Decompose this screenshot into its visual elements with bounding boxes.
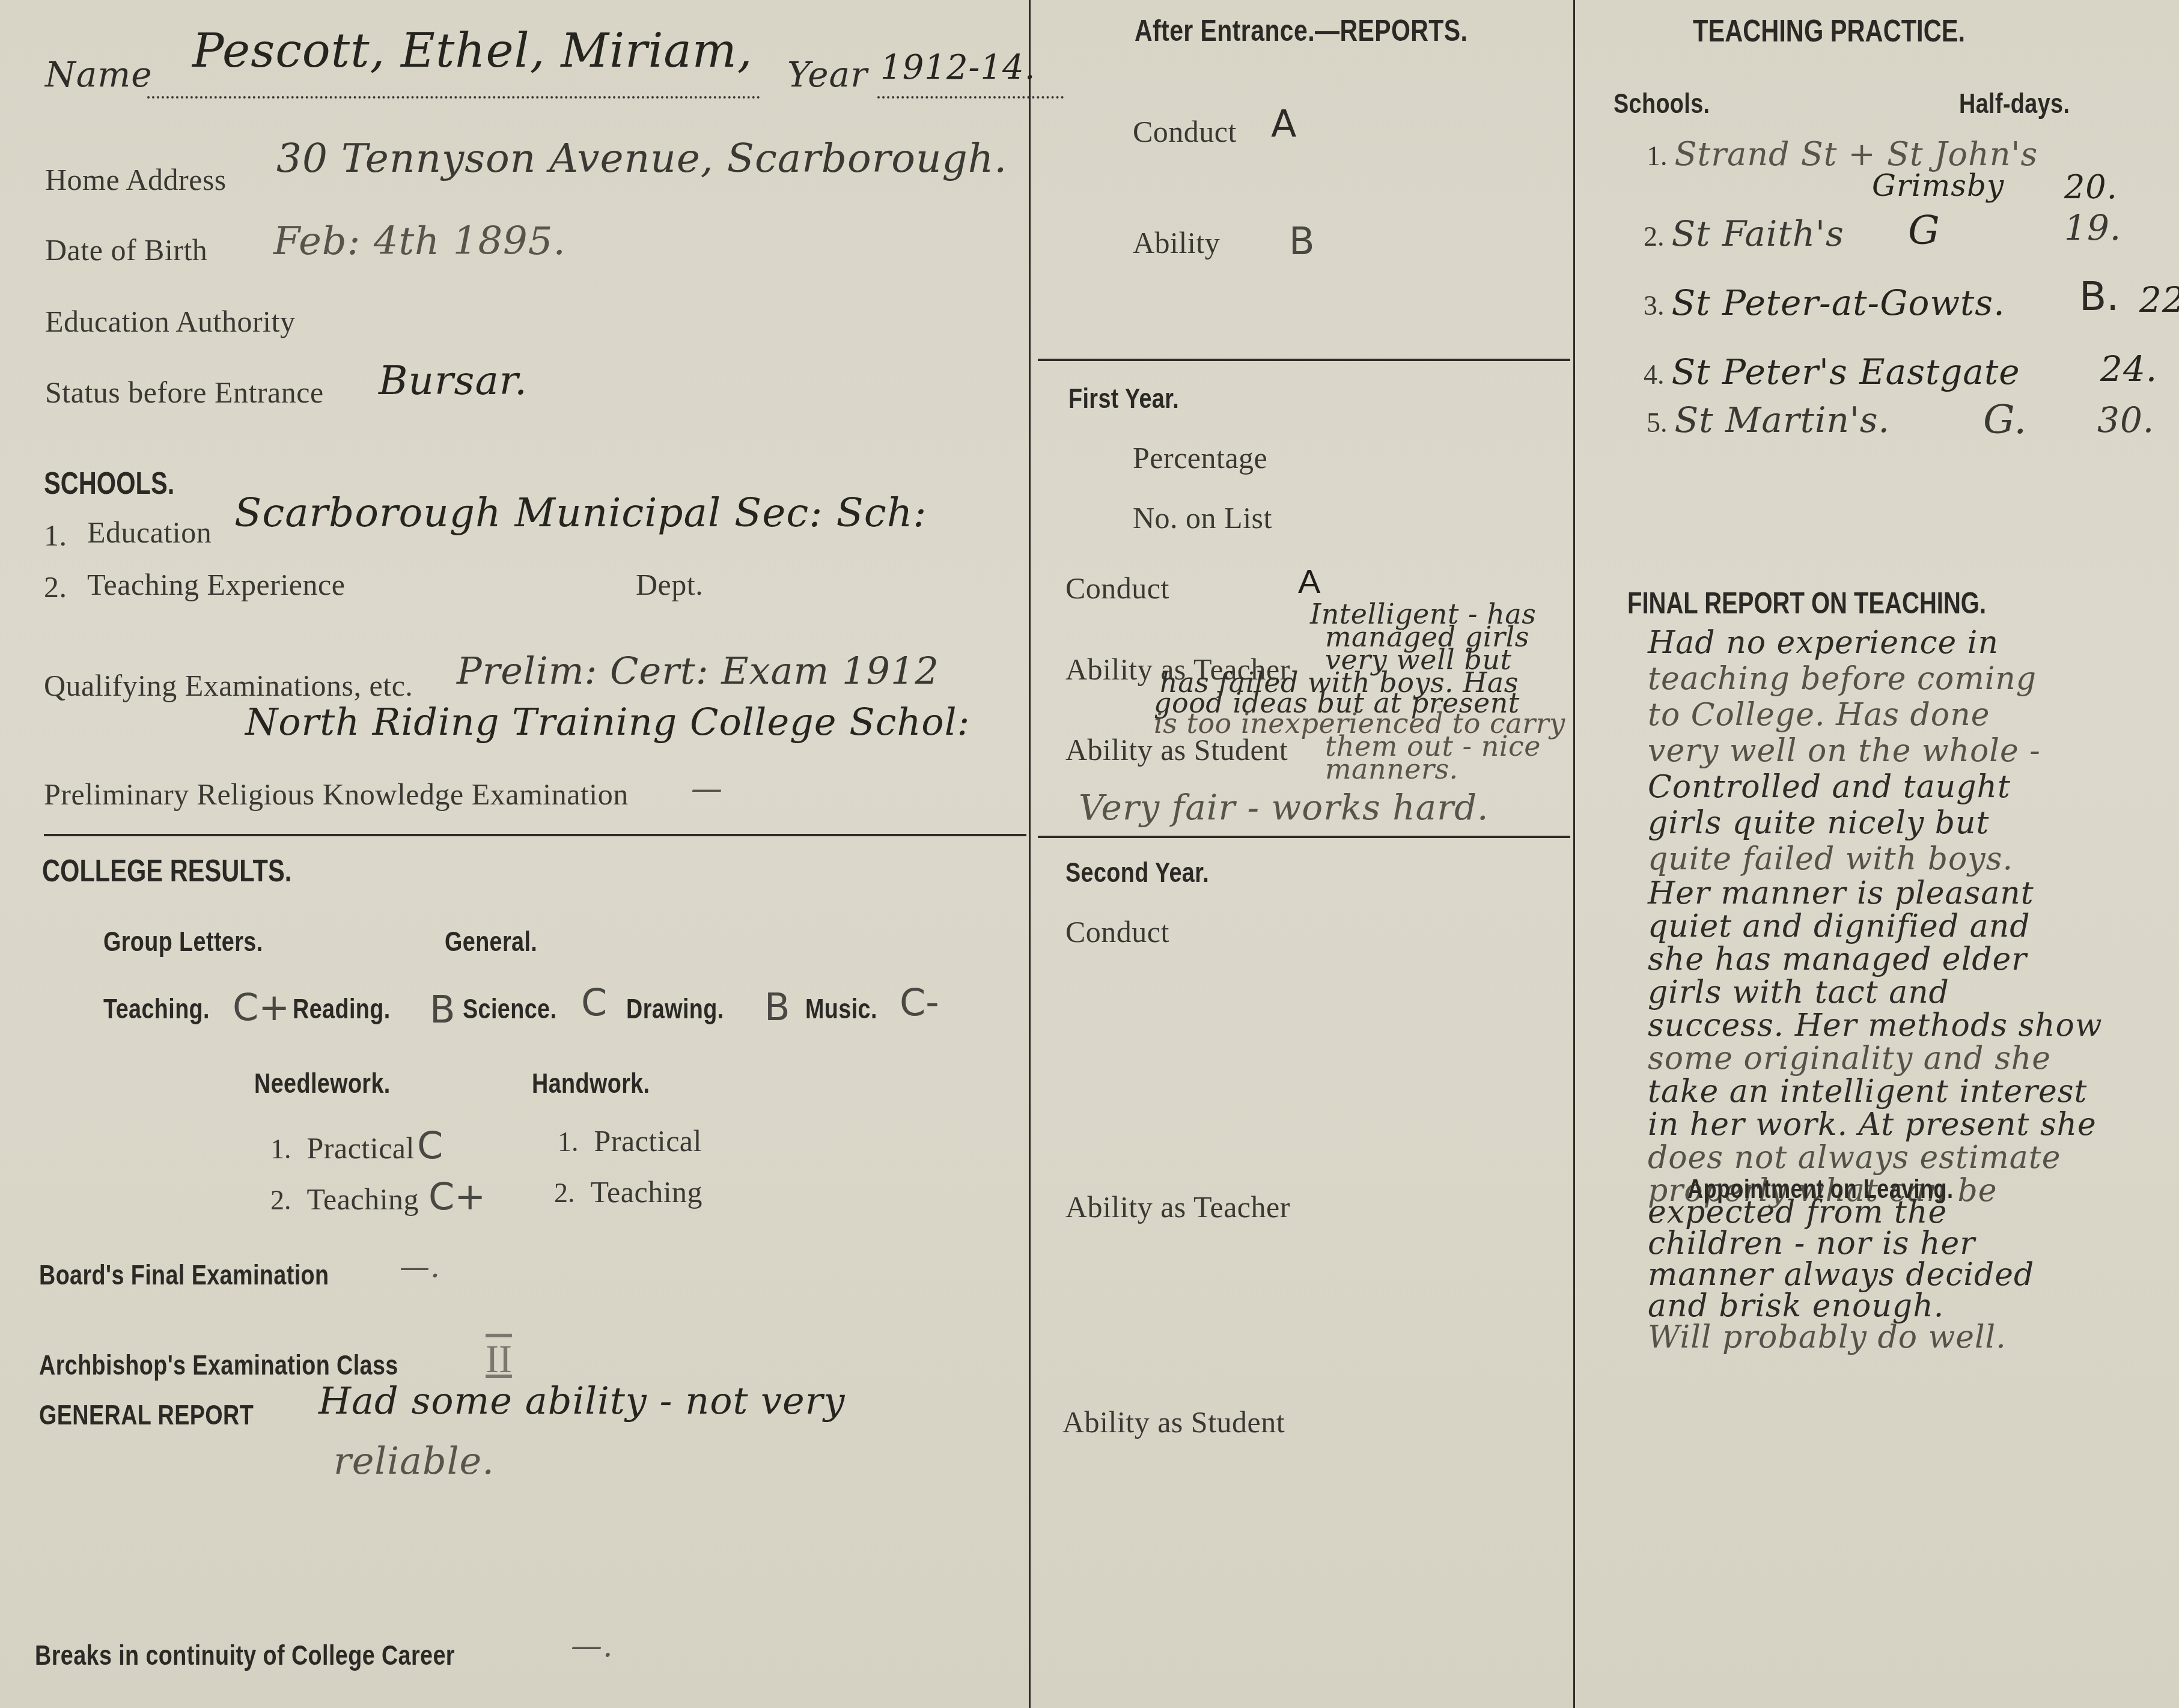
practice-entry-5: 5. St Martin's. (1647, 400, 1890, 440)
entrance-conduct-value: A (1271, 102, 1296, 146)
subject-reading-label: Reading. (293, 992, 391, 1025)
report-line: Her manner is pleasant (1648, 877, 2177, 910)
general-report-line2: reliable. (334, 1439, 495, 1483)
college-results-heading: COLLEGE RESULTS. (42, 853, 291, 889)
entry-num: 4. (1644, 359, 1665, 390)
handwork-practical-label: Practical (594, 1124, 702, 1158)
subject-teaching-label: Teaching. (103, 992, 210, 1025)
comment-line: manners. (1325, 758, 1580, 780)
schools-teaching-exp-label: Teaching Experience (87, 567, 345, 602)
second-year-heading: Second Year. (1065, 856, 1209, 889)
column-divider-right (1573, 0, 1575, 1708)
report-line: to College. Has done (1648, 697, 2177, 733)
name-value: Pescott, Ethel, Miriam, (192, 24, 753, 78)
report-line: in her work. At present she (1648, 1108, 2177, 1141)
teaching-practice-heading: TEACHING PRACTICE. (1693, 13, 1965, 49)
handwork-teaching-row: 2. Teaching (554, 1175, 702, 1209)
report-line: girls quite nicely but (1648, 805, 2177, 841)
education-authority-label: Education Authority (45, 304, 295, 339)
subject-music-label: Music. (805, 992, 877, 1025)
subject-reading-grade: B (430, 988, 456, 1032)
report-line: Will probably do well. (1648, 1322, 2177, 1353)
entry-2-halfdays: 19. (2064, 207, 2121, 248)
needlework-practical-grade: C (417, 1123, 443, 1167)
general-report-label: GENERAL REPORT (39, 1399, 254, 1431)
report-line: some originality and she (1648, 1042, 2177, 1075)
group-letters-label: Group Letters. (103, 925, 263, 958)
handwork-teaching-label: Teaching (591, 1175, 703, 1209)
year-value: 1912-14. (880, 48, 1036, 87)
report-line: Had no experience in (1648, 625, 2177, 661)
entry-1-school-line2: Grimsby (1872, 168, 2004, 203)
subject-drawing-grade: B (764, 985, 790, 1029)
entry-school: Strand St + St John's (1675, 135, 2038, 173)
entry-5-halfdays: 30. (2097, 400, 2154, 440)
qualifying-value-line1: Prelim: Cert: Exam 1912 (457, 649, 939, 693)
divider-middle-second-year (1038, 836, 1570, 838)
entry-4-halfdays: 24. (2100, 348, 2157, 389)
needlework-teaching-num: 2. (270, 1185, 291, 1215)
qualifying-value-line2: North Riding Training College Schol: (245, 700, 970, 744)
needlework-teaching-grade: C+ (428, 1175, 486, 1218)
report-line: does not always estimate (1648, 1141, 2177, 1175)
practice-entry-2: 2. St Faith's (1644, 213, 1844, 254)
final-report-text-continued: expected from the children - nor is her … (1648, 1197, 2177, 1353)
entrance-ability-value: B (1289, 219, 1315, 263)
halfdays-column-label: Half-days. (1959, 87, 2070, 120)
reports-heading: After Entrance.—REPORTS. (1135, 13, 1467, 48)
breaks-value: —. (571, 1628, 614, 1664)
handwork-practical-num: 1. (558, 1126, 579, 1157)
general-report-line1: Had some ability - not very (318, 1379, 845, 1423)
needlework-practical-label: Practical (307, 1131, 415, 1165)
breaks-label: Breaks in continuity of College Career (35, 1639, 455, 1671)
schools-education-label: Education (87, 515, 212, 550)
entry-5-grade: G. (1983, 397, 2027, 443)
column-divider-left (1029, 0, 1031, 1708)
schools-dept-label: Dept. (636, 567, 703, 602)
subject-teaching-grade: C+ (233, 985, 290, 1029)
entry-num: 3. (1644, 290, 1665, 321)
schools-education-value: Scarborough Municipal Sec: Sch: (234, 490, 927, 536)
entry-3-grade: B. (2079, 273, 2119, 320)
subject-science-label: Science. (463, 992, 556, 1025)
handwork-practical-row: 1. Practical (558, 1123, 702, 1158)
report-line: children - nor is her (1648, 1228, 2177, 1259)
archbishop-label: Archbishop's Examination Class (39, 1349, 398, 1381)
second-year-ability-teacher-label: Ability as Teacher (1065, 1190, 1290, 1224)
first-year-heading: First Year. (1068, 382, 1179, 415)
needlework-teaching-row: 2. Teaching C+ (270, 1175, 486, 1218)
practice-entry-3: 3. St Peter-at-Gowts. (1644, 282, 2005, 323)
final-report-heading: FINAL REPORT ON TEACHING. (1627, 586, 1986, 621)
entry-num: 2. (1644, 221, 1665, 252)
first-year-ability-student-value: Very fair - works hard. (1079, 787, 1489, 828)
entry-3-halfdays: 22. (2139, 279, 2179, 320)
home-address-value: 30 Tennyson Avenue, Scarborough. (276, 135, 1007, 181)
first-year-percentage-label: Percentage (1133, 440, 1267, 475)
schools-education-num: 1. (44, 518, 67, 553)
first-year-conduct-label: Conduct (1065, 571, 1169, 606)
prelim-religious-label: Preliminary Religious Knowledge Examinat… (44, 777, 629, 812)
entry-num: 1. (1647, 141, 1668, 171)
handwork-teaching-num: 2. (554, 1178, 575, 1208)
subject-music-grade: C- (900, 980, 939, 1024)
needlework-label: Needlework. (254, 1067, 391, 1099)
report-line: and brisk enough. (1648, 1290, 2177, 1322)
report-line: success. Her methods show (1648, 1009, 2177, 1042)
report-line: manner always decided (1648, 1259, 2177, 1290)
entry-school: St Martin's. (1675, 400, 1891, 440)
report-line: very well on the whole - (1648, 733, 2177, 769)
report-line: quiet and dignified and (1648, 910, 2177, 943)
handwork-label: Handwork. (532, 1067, 650, 1099)
name-row: Name Pescott, Ethel, Miriam, Year 1912-1… (45, 54, 153, 95)
general-label: General. (445, 925, 537, 958)
report-line: teaching before coming (1648, 661, 2177, 697)
report-line: quite failed with boys. (1648, 841, 2177, 877)
archbishop-value: II (486, 1337, 512, 1382)
practice-entry-1: 1. Strand St + St John's (1647, 135, 2038, 173)
entrance-ability-label: Ability (1133, 225, 1220, 260)
home-address-label: Home Address (45, 162, 227, 197)
boards-final-label: Board's Final Examination (39, 1259, 329, 1291)
entry-school: St Peter-at-Gowts. (1672, 282, 2005, 323)
schools-heading: SCHOOLS. (44, 466, 174, 502)
name-dotted-line (147, 96, 760, 99)
name-label: Name (45, 54, 153, 95)
practice-entry-4: 4. St Peter's Eastgate (1644, 351, 2020, 392)
divider-left-college-results (44, 834, 1026, 836)
report-line: she has managed elder (1648, 943, 2177, 976)
status-value: Bursar. (379, 357, 528, 404)
divider-middle-first-year (1038, 359, 1570, 361)
entry-school: St Faith's (1672, 213, 1844, 254)
needlework-practical-num: 1. (270, 1134, 291, 1164)
year-label: Year (787, 54, 868, 95)
report-line: expected from the (1648, 1197, 2177, 1228)
subject-drawing-label: Drawing. (626, 992, 724, 1025)
schools-teaching-exp-num: 2. (44, 570, 67, 604)
entry-num: 5. (1647, 407, 1668, 438)
schools-column-label: Schools. (1614, 87, 1710, 120)
first-year-conduct-value: A (1298, 562, 1320, 601)
first-year-ability-teacher-comment: Intelligent - has managed girls very wel… (1166, 603, 1580, 780)
needlework-practical-row: 1. Practical C (270, 1123, 443, 1167)
entry-school: St Peter's Eastgate (1672, 351, 2020, 392)
qualifying-label: Qualifying Examinations, etc. (44, 668, 413, 703)
entrance-conduct-label: Conduct (1133, 114, 1237, 149)
entry-1-halfdays: 20. (2064, 168, 2118, 206)
report-line: Controlled and taught (1648, 769, 2177, 805)
second-year-ability-student-label: Ability as Student (1062, 1405, 1285, 1439)
final-report-text: Had no experience in teaching before com… (1648, 625, 2177, 1208)
dob-value: Feb: 4th 1895. (273, 219, 566, 264)
status-label: Status before Entrance (45, 375, 324, 410)
prelim-religious-value: — (691, 771, 723, 807)
year-dotted-line (877, 96, 1064, 99)
needlework-teaching-label: Teaching (307, 1182, 419, 1216)
second-year-conduct-label: Conduct (1065, 914, 1169, 949)
dob-label: Date of Birth (45, 232, 207, 267)
first-year-no-on-list-label: No. on List (1133, 500, 1272, 535)
report-line: girls with tact and (1648, 976, 2177, 1009)
report-line: take an intelligent interest (1648, 1075, 2177, 1108)
entry-2-grade: G (1908, 207, 1940, 254)
boards-final-value: —. (400, 1250, 440, 1284)
subject-science-grade: C (581, 980, 607, 1024)
